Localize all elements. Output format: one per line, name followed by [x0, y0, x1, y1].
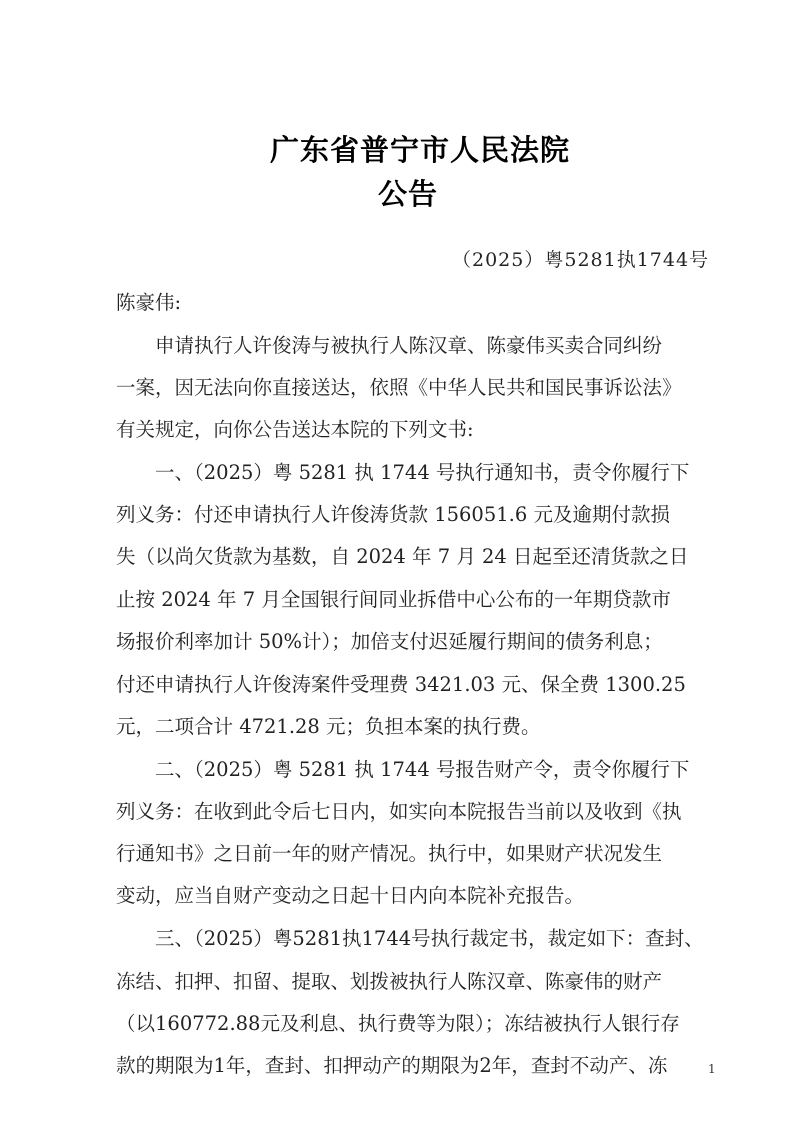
addressee: 陈豪伟:	[116, 287, 181, 315]
text-line: 一案，因无法向你直接送达，依照《中华人民共和国民事诉讼法》	[116, 372, 682, 400]
text-line: 款的期限为1年，查封、扣押动产的期限为2年，查封不动产、冻	[116, 1050, 667, 1078]
page-number: 1	[708, 1062, 716, 1076]
text-line: 一、（2025）粤 5281 执 1744 号执行通知书，责令你履行下	[116, 457, 689, 485]
text-line: 止按 2024 年 7 月全国银行间同业拆借中心公布的一年期贷款市	[116, 584, 671, 612]
text-line: 三、（2025）粤5281执1744号执行裁定书，裁定如下：查封、	[116, 923, 704, 951]
text-line: 变动，应当自财产变动之日起十日内向本院补充报告。	[116, 880, 584, 908]
document-type-title: 公告	[0, 172, 793, 213]
text-line: 列义务：付还申请执行人许俊涛货款 156051.6 元及逾期付款损	[116, 499, 670, 527]
text-line: 申请执行人许俊涛与被执行人陈汉章、陈豪伟买卖合同纠纷	[116, 330, 662, 358]
text-line: （以160772.88元及利息、执行费等为限）；冻结被执行人银行存	[116, 1008, 680, 1036]
court-name: 广东省普宁市人民法院	[0, 128, 793, 169]
text-line: 冻结、扣押、扣留、提取、划拨被执行人陈汉章、陈豪伟的财产	[116, 966, 662, 994]
text-line: 行通知书》之日前一年的财产情况。执行中，如果财产状况发生	[116, 838, 662, 866]
text-line: 元，二项合计 4721.28 元；负担本案的执行费。	[116, 711, 541, 739]
text-line: 二、（2025）粤 5281 执 1744 号报告财产令，责令你履行下	[116, 754, 689, 782]
case-number: （2025）粤5281执1744号	[452, 245, 709, 272]
text-line: 场报价利率加计 50%计）；加倍支付迟延履行期间的债务利息；	[116, 626, 663, 654]
text-line: 付还申请执行人许俊涛案件受理费 3421.03 元、保全费 1300.25	[116, 669, 686, 697]
text-line: 失（以尚欠货款为基数，自 2024 年 7 月 24 日起至还清货款之日	[116, 541, 689, 569]
text-line: 有关规定，向你公告送达本院的下列文书:	[116, 414, 474, 442]
text-line: 列义务：在收到此令后七日内，如实向本院报告当前以及收到《执	[116, 796, 682, 824]
